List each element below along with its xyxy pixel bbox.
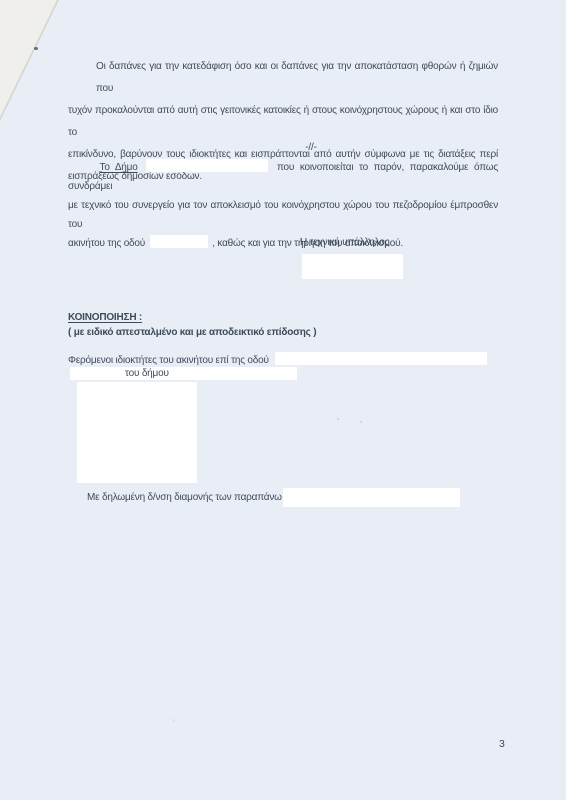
recipients-line: Φερόμενοι ιδιοκτήτες του ακινήτου επί τη… <box>68 352 528 368</box>
signature-block: Η τεχνική υπάλληλος <box>300 236 403 279</box>
redaction-municipality-band: του δήμου <box>70 367 297 380</box>
scan-corner-fold <box>0 0 70 130</box>
redaction-owner-names <box>77 382 197 483</box>
paragraph-expenses-line2: τυχόν προκαλούνται από αυτή στις γειτονι… <box>68 100 498 144</box>
paragraph-municipality-request: Το Δήμο που κοινοποιείται το παρόν, παρα… <box>68 158 498 253</box>
signature-title: Η τεχνική υπάλληλος <box>300 236 403 250</box>
municipality-request-line3: ακινήτου της οδού , καθώς και για την τή… <box>68 234 498 253</box>
scan-speck <box>172 719 175 722</box>
municipality-request-line1: Το Δήμο που κοινοποιείται το παρόν, παρα… <box>68 158 498 196</box>
municipality-request-line2: με τεχνικό του συνεργείο για τον αποκλει… <box>68 196 498 234</box>
street-lead-text: ακινήτου της οδού <box>68 238 145 249</box>
section-divider: -//- <box>68 141 498 155</box>
page-number: 3 <box>499 738 505 750</box>
scan-speck <box>34 47 38 50</box>
scan-speck <box>360 421 362 423</box>
residence-note-line: Με δηλωμένη δ/νση διαμονής των παραπάνω <box>87 490 282 506</box>
document-page: Οι δαπάνες για την κατεδάφιση όσο και οι… <box>0 0 566 800</box>
redaction-municipality-name <box>146 159 268 172</box>
paragraph-expenses-line1: Οι δαπάνες για την κατεδάφιση όσο και οι… <box>68 56 498 100</box>
notification-title: ΚΟΙΝΟΠΟΙΗΣΗ : <box>68 311 316 326</box>
redaction-signature <box>302 254 403 279</box>
notification-heading: ΚΟΙΝΟΠΟΙΗΣΗ : ( με ειδικό απεσταλμένο κα… <box>68 311 316 340</box>
residence-note-text: Με δηλωμένη δ/νση διαμονής των παραπάνω <box>87 492 282 503</box>
recipients-block: Φερόμενοι ιδιοκτήτες του ακινήτου επί τη… <box>68 352 528 368</box>
redaction-residence-address <box>283 488 460 507</box>
scan-speck <box>337 418 339 420</box>
notification-subtitle: ( με ειδικό απεσταλμένο και με αποδεικτι… <box>68 326 316 341</box>
redaction-street-name <box>150 235 208 248</box>
municipality-line-text: του δήμου <box>125 368 169 379</box>
redaction-recipients-street <box>275 352 487 365</box>
municipality-lead-text: Το Δήμο <box>100 162 138 173</box>
recipients-text: Φερόμενοι ιδιοκτήτες του ακινήτου επί τη… <box>68 355 269 366</box>
